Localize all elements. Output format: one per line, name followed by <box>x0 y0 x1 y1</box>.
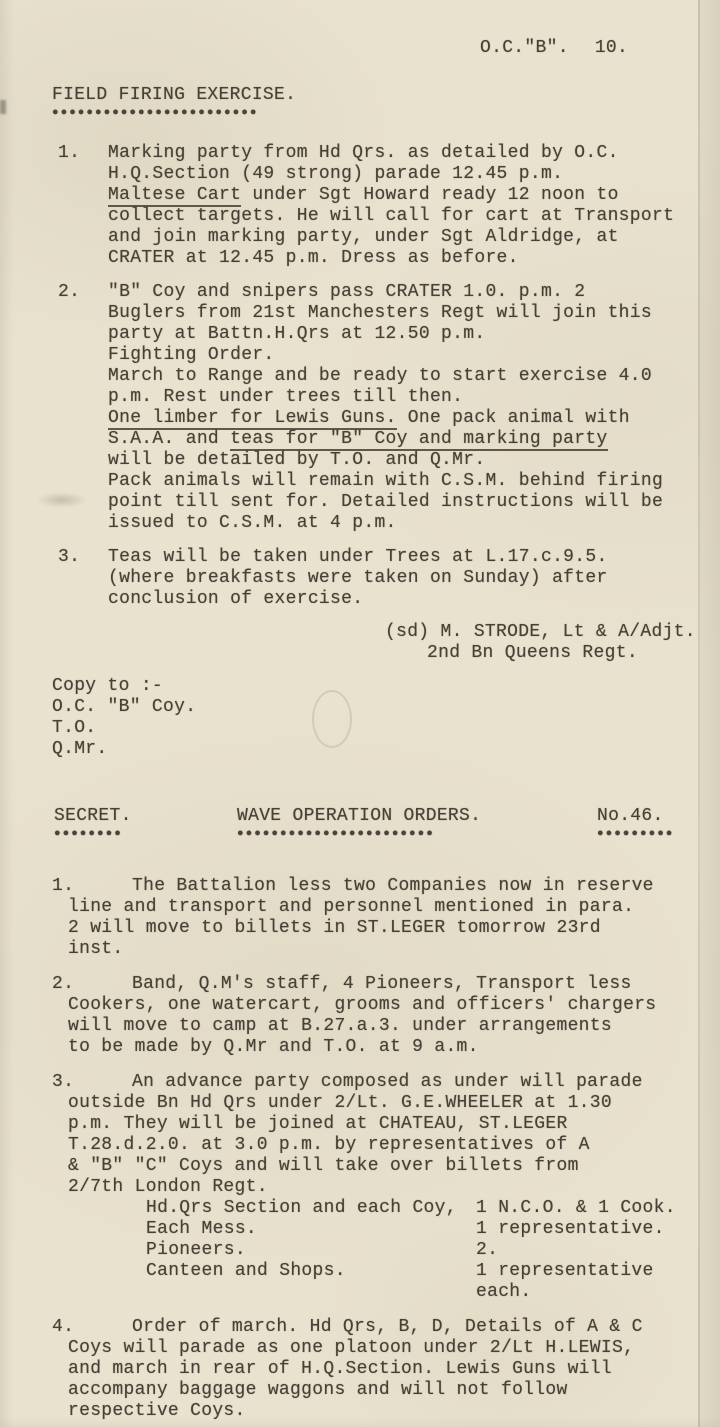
item-body: Band, Q.M's staff, 4 Pioneers, Transport… <box>52 974 680 1058</box>
table-row-label: Hd.Qrs Section and each Coy, <box>146 1198 476 1219</box>
item-body: The Battalion less two Companies now in … <box>52 876 680 960</box>
text-segment: to be made by Q.Mr and T.O. at 9 a.m. <box>68 1037 479 1057</box>
text-segment: (where breakfasts were taken on Sunday) … <box>108 568 608 588</box>
text-segment: under Sgt Howard ready 12 noon to <box>241 185 618 205</box>
copy-to-recipient: T.O. <box>52 718 680 739</box>
document-line: inst. <box>68 939 680 960</box>
text-segment: Coys will parade as one platoon under 2/… <box>68 1338 634 1358</box>
item-body: Order of march. Hd Qrs, B, D, Details of… <box>52 1317 680 1422</box>
table-row-value: 2. <box>476 1240 498 1261</box>
document-line: & "B" "C" Coys and will take over billet… <box>68 1156 680 1177</box>
item-number: 1. <box>58 143 80 164</box>
document-line: will move to camp at B.27.a.3. under arr… <box>68 1016 680 1037</box>
item-body: Teas will be taken under Trees at L.17.c… <box>52 547 680 610</box>
item-body: An advance party composed as under will … <box>52 1072 680 1303</box>
underlined-text: One limber for Lewis Guns. <box>108 408 397 430</box>
text-segment: respective Coys. <box>68 1401 246 1421</box>
order-item: 2."B" Coy and snipers pass CRATER 1.0. p… <box>52 282 680 534</box>
table-row-value: 1 N.C.O. & 1 Cook. <box>476 1198 676 1219</box>
text-segment: Order of march. Hd Qrs, B, D, Details of… <box>132 1317 643 1337</box>
item-number: 3. <box>58 547 80 568</box>
document-line: Teas will be taken under Trees at L.17.c… <box>108 547 680 568</box>
text-segment: point till sent for. Detailed instructio… <box>108 492 663 512</box>
typed-underline: ●●●●●●●● <box>54 827 132 842</box>
order-item: 1.Marking party from Hd Qrs. as detailed… <box>52 143 680 269</box>
signature-block: (sd) M. STRODE, Lt & A/Adjt. 2nd Bn Quee… <box>385 622 680 664</box>
document-line: p.m. Rest under trees till then. <box>108 387 680 408</box>
text-segment: outside Bn Hd Qrs under 2/Lt. G.E.WHEELE… <box>68 1093 612 1113</box>
signature-unit: 2nd Bn Queens Regt. <box>427 643 680 664</box>
page-number: 10. <box>595 38 628 59</box>
table-row: each. <box>68 1282 680 1303</box>
document-line: 2 will move to billets in ST.LEGER tomor… <box>68 918 680 939</box>
doc2-title: WAVE OPERATION ORDERS. <box>237 806 481 827</box>
document-line: T.28.d.2.0. at 3.0 p.m. by representativ… <box>68 1135 680 1156</box>
doc2-items: 1.The Battalion less two Companies now i… <box>52 876 680 1422</box>
doc2-header: SECRET. ●●●●●●●● WAVE OPERATION ORDERS. … <box>52 806 680 860</box>
table-row-label: Each Mess. <box>146 1219 476 1240</box>
text-segment: will move to camp at B.27.a.3. under arr… <box>68 1016 612 1036</box>
document-line: and join marking party, under Sgt Aldrid… <box>108 227 680 248</box>
text-segment: An advance party composed as under will … <box>132 1072 643 1092</box>
order-item: 2.Band, Q.M's staff, 4 Pioneers, Transpo… <box>52 974 680 1058</box>
table-row-value: 1 representative. <box>476 1219 665 1240</box>
text-segment: "B" Coy and snipers pass CRATER 1.0. p.m… <box>108 282 585 302</box>
table-row: Each Mess.1 representative. <box>68 1219 680 1240</box>
doc1-title-block: FIELD FIRING EXERCISE. ●●●●●●●●●●●●●●●●●… <box>52 85 680 121</box>
document-line: The Battalion less two Companies now in … <box>68 876 680 897</box>
paper-right-edge <box>700 0 720 1427</box>
addressee: O.C."B". <box>480 38 569 59</box>
document-line: p.m. They will be joined at CHATEAU, ST.… <box>68 1114 680 1135</box>
text-segment: One pack animal with <box>397 408 630 428</box>
document-line: "B" Coy and snipers pass CRATER 1.0. p.m… <box>108 282 680 303</box>
text-segment: Marking party from Hd Qrs. as detailed b… <box>108 143 619 163</box>
text-segment: T.28.d.2.0. at 3.0 p.m. by representativ… <box>68 1135 590 1155</box>
underlined-text: Maltese Cart <box>108 185 241 207</box>
classification-block: SECRET. ●●●●●●●● <box>54 806 132 842</box>
text-segment: accompany baggage waggons and will not f… <box>68 1380 568 1400</box>
document-line: party at Battn.H.Qrs at 12.50 p.m. <box>108 324 680 345</box>
document-line: Pack animals will remain with C.S.M. beh… <box>108 471 680 492</box>
text-segment: CRATER at 12.45 p.m. Dress as before. <box>108 248 519 268</box>
text-segment: Fighting Order. <box>108 345 275 365</box>
document-line: Marking party from Hd Qrs. as detailed b… <box>108 143 680 164</box>
table-row-value: 1 representative <box>476 1261 654 1282</box>
document-line: conclusion of exercise. <box>108 589 680 610</box>
item-number: 4. <box>52 1317 74 1338</box>
text-segment: H.Q.Section (49 strong) parade 12.45 p.m… <box>108 164 563 184</box>
document-line: point till sent for. Detailed instructio… <box>108 492 680 513</box>
typed-underline: ●●●●●●●●● <box>597 827 674 842</box>
item-body: "B" Coy and snipers pass CRATER 1.0. p.m… <box>52 282 680 534</box>
table-row-label: Pioneers. <box>146 1240 476 1261</box>
document-line: Cookers, one watercart, grooms and offic… <box>68 995 680 1016</box>
allocation-table: Hd.Qrs Section and each Coy,1 N.C.O. & 1… <box>68 1198 680 1303</box>
document-line: outside Bn Hd Qrs under 2/Lt. G.E.WHEELE… <box>68 1093 680 1114</box>
text-segment: issued to C.S.M. at 4 p.m. <box>108 513 397 533</box>
text-segment: will be detailed by T.O. and Q.Mr. <box>108 450 485 470</box>
order-item: 1.The Battalion less two Companies now i… <box>52 876 680 960</box>
text-segment: The Battalion less two Companies now in … <box>132 876 654 896</box>
order-number-block: No.46. ●●●●●●●●● <box>597 806 674 842</box>
text-segment: collect targets. He will call for cart a… <box>108 206 674 226</box>
copy-to-block: Copy to :- O.C. "B" Coy. T.O. Q.Mr. <box>52 676 680 760</box>
text-segment: March to Range and be ready to start exe… <box>108 366 652 386</box>
paper-edge-mark <box>0 100 6 114</box>
typed-underline: ●●●●●●●●●●●●●●●●●●●●●●● <box>237 827 481 842</box>
order-item: 4.Order of march. Hd Qrs, B, D, Details … <box>52 1317 680 1422</box>
copy-to-recipient: Q.Mr. <box>52 739 680 760</box>
text-segment: & "B" "C" Coys and will take over billet… <box>68 1156 579 1176</box>
document-line: Buglers from 21st Manchesters Regt will … <box>108 303 680 324</box>
order-number: No.46. <box>597 806 674 827</box>
document-line: to be made by Q.Mr and T.O. at 9 a.m. <box>68 1037 680 1058</box>
copy-to-heading: Copy to :- <box>52 676 680 697</box>
typed-underline: ●●●●●●●●●●●●●●●●●●●●●●●● <box>52 106 680 121</box>
paper-watermark <box>312 690 352 748</box>
text-segment: party at Battn.H.Qrs at 12.50 p.m. <box>108 324 485 344</box>
document-line: CRATER at 12.45 p.m. Dress as before. <box>108 248 680 269</box>
item-number: 2. <box>52 974 74 995</box>
text-segment: Band, Q.M's staff, 4 Pioneers, Transport… <box>132 974 632 994</box>
copy-to-recipient: O.C. "B" Coy. <box>52 697 680 718</box>
table-row: Canteen and Shops.1 representative <box>68 1261 680 1282</box>
item-number: 3. <box>52 1072 74 1093</box>
text-segment: Pack animals will remain with C.S.M. beh… <box>108 471 663 491</box>
text-segment: p.m. Rest under trees till then. <box>108 387 463 407</box>
text-segment: conclusion of exercise. <box>108 589 363 609</box>
text-segment: and march in rear of H.Q.Section. Lewis … <box>68 1359 612 1379</box>
item-number: 1. <box>52 876 74 897</box>
document-line: S.A.A. and teas for "B" Coy and marking … <box>108 429 680 450</box>
doc1-title: FIELD FIRING EXERCISE. <box>52 85 680 106</box>
text-segment: line and transport and personnel mention… <box>68 897 634 917</box>
text-segment: p.m. They will be joined at CHATEAU, ST.… <box>68 1114 568 1134</box>
table-row: Hd.Qrs Section and each Coy,1 N.C.O. & 1… <box>68 1198 680 1219</box>
item-number: 2. <box>58 282 80 303</box>
doc2-title-block: WAVE OPERATION ORDERS. ●●●●●●●●●●●●●●●●●… <box>237 806 481 842</box>
signature-line: (sd) M. STRODE, Lt & A/Adjt. <box>385 622 680 643</box>
document-line: will be detailed by T.O. and Q.Mr. <box>108 450 680 471</box>
text-segment: S.A.A. and <box>108 429 230 449</box>
wave-operation-orders: SECRET. ●●●●●●●● WAVE OPERATION ORDERS. … <box>52 806 680 1422</box>
document-line: Fighting Order. <box>108 345 680 366</box>
document-line: collect targets. He will call for cart a… <box>108 206 680 227</box>
classification-label: SECRET. <box>54 806 132 827</box>
document-line: One limber for Lewis Guns. One pack anim… <box>108 408 680 429</box>
document-line: 2/7th London Regt. <box>68 1177 680 1198</box>
text-segment: Cookers, one watercart, grooms and offic… <box>68 995 656 1015</box>
table-row-value: each. <box>476 1282 532 1303</box>
text-segment: and join marking party, under Sgt Aldrid… <box>108 227 619 247</box>
field-firing-exercise-order: O.C."B". 10. FIELD FIRING EXERCISE. ●●●●… <box>52 38 680 760</box>
document-header: O.C."B". 10. <box>480 38 680 59</box>
document-line: and march in rear of H.Q.Section. Lewis … <box>68 1359 680 1380</box>
document-line: accompany baggage waggons and will not f… <box>68 1380 680 1401</box>
text-segment: 2 will move to billets in ST.LEGER tomor… <box>68 918 601 938</box>
order-item: 3.An advance party composed as under wil… <box>52 1072 680 1303</box>
order-item: 3.Teas will be taken under Trees at L.17… <box>52 547 680 610</box>
document-line: An advance party composed as under will … <box>68 1072 680 1093</box>
document-line: H.Q.Section (49 strong) parade 12.45 p.m… <box>108 164 680 185</box>
document-line: respective Coys. <box>68 1401 680 1422</box>
document-line: (where breakfasts were taken on Sunday) … <box>108 568 680 589</box>
table-row-label <box>146 1282 476 1303</box>
text-segment: Teas will be taken under Trees at L.17.c… <box>108 547 608 567</box>
document-line: Coys will parade as one platoon under 2/… <box>68 1338 680 1359</box>
item-body: Marking party from Hd Qrs. as detailed b… <box>52 143 680 269</box>
table-row-label: Canteen and Shops. <box>146 1261 476 1282</box>
text-segment: 2/7th London Regt. <box>68 1177 268 1197</box>
document-line: March to Range and be ready to start exe… <box>108 366 680 387</box>
document-line: Band, Q.M's staff, 4 Pioneers, Transport… <box>68 974 680 995</box>
document-line: issued to C.S.M. at 4 p.m. <box>108 513 680 534</box>
table-row: Pioneers.2. <box>68 1240 680 1261</box>
document-line: Order of march. Hd Qrs, B, D, Details of… <box>68 1317 680 1338</box>
document-line: Maltese Cart under Sgt Howard ready 12 n… <box>108 185 680 206</box>
text-segment: Buglers from 21st Manchesters Regt will … <box>108 303 652 323</box>
underlined-text: teas for "B" Coy and marking party <box>230 429 607 451</box>
doc1-items: 1.Marking party from Hd Qrs. as detailed… <box>52 143 680 610</box>
text-segment: inst. <box>68 939 124 959</box>
document-line: line and transport and personnel mention… <box>68 897 680 918</box>
document-page: O.C."B". 10. FIELD FIRING EXERCISE. ●●●●… <box>0 0 720 1427</box>
